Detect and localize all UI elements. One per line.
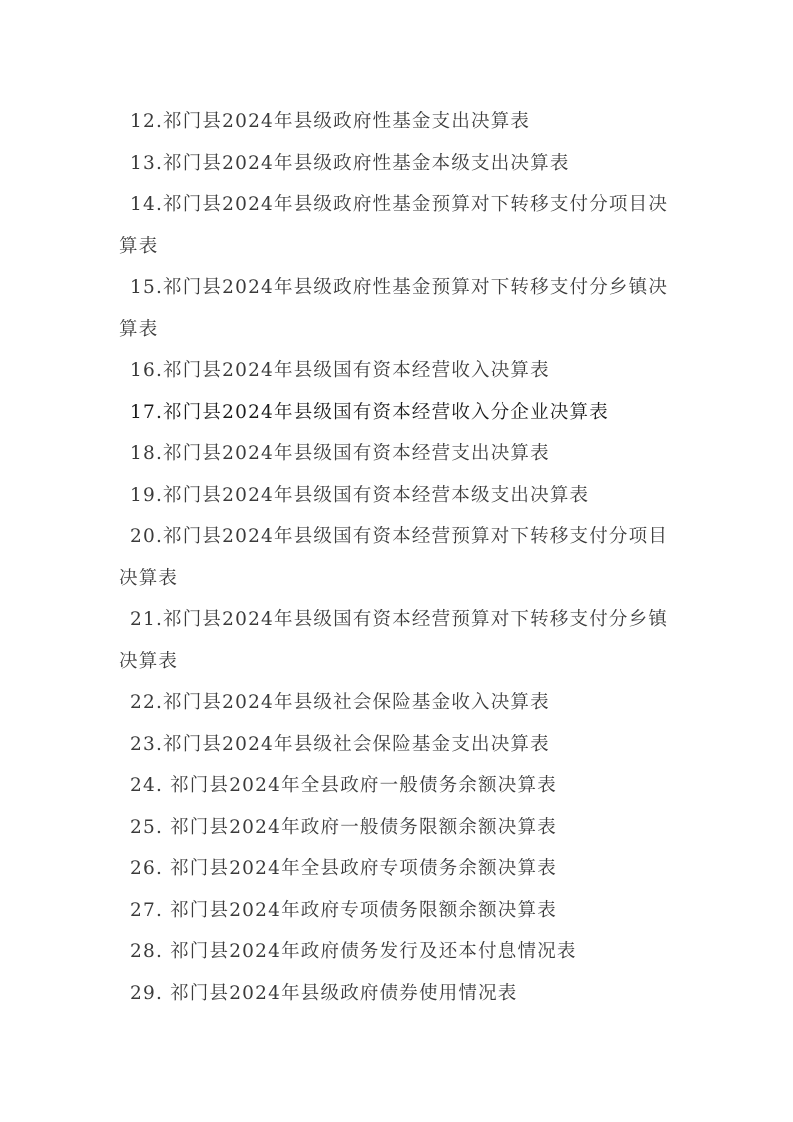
document-page: 12.祁门县2024年县级政府性基金支出决算表 13.祁门县2024年县级政府性… <box>0 0 793 1122</box>
item-number: 18. <box>130 443 163 464</box>
item-text: 祁门县2024年县级政府债券使用情况表 <box>170 983 517 1004</box>
item-text: 祁门县2024年全县政府专项债务余额决算表 <box>170 858 557 879</box>
item-number: 22. <box>130 692 163 713</box>
list-item: 21.祁门县2024年县级国有资本经营预算对下转移支付分乡镇决算表 <box>119 599 681 682</box>
item-number: 21. <box>130 609 163 630</box>
item-number: 13. <box>130 153 163 174</box>
item-text: 祁门县2024年县级政府性基金本级支出决算表 <box>163 153 569 174</box>
item-text: 祁门县2024年县级国有资本经营支出决算表 <box>163 443 550 464</box>
list-item: 17.祁门县2024年县级国有资本经营收入分企业决算表 <box>119 392 681 434</box>
item-number: 27. <box>130 900 170 921</box>
list-item: 24. 祁门县2024年全县政府一般债务余额决算表 <box>119 765 681 807</box>
item-number: 29. <box>130 983 170 1004</box>
list-item: 13.祁门县2024年县级政府性基金本级支出决算表 <box>119 143 681 185</box>
item-text: 祁门县2024年全县政府一般债务余额决算表 <box>170 775 557 796</box>
item-number: 14. <box>130 194 163 215</box>
item-text: 祁门县2024年县级政府性基金预算对下转移支付分项目决算表 <box>119 194 668 257</box>
list-item: 25. 祁门县2024年政府一般债务限额余额决算表 <box>119 807 681 849</box>
list-item: 26. 祁门县2024年全县政府专项债务余额决算表 <box>119 848 681 890</box>
item-number: 12. <box>130 111 163 132</box>
list-item: 23.祁门县2024年县级社会保险基金支出决算表 <box>119 724 681 766</box>
list-item: 27. 祁门县2024年政府专项债务限额余额决算表 <box>119 890 681 932</box>
item-text: 祁门县2024年县级社会保险基金支出决算表 <box>163 734 550 755</box>
item-number: 26. <box>130 858 170 879</box>
list-item: 12.祁门县2024年县级政府性基金支出决算表 <box>119 101 681 143</box>
list-item: 14.祁门县2024年县级政府性基金预算对下转移支付分项目决算表 <box>119 184 681 267</box>
item-number: 17. <box>130 402 163 423</box>
item-text: 祁门县2024年政府一般债务限额余额决算表 <box>170 817 557 838</box>
item-text: 祁门县2024年县级政府性基金预算对下转移支付分乡镇决算表 <box>119 277 668 340</box>
list-item: 29. 祁门县2024年县级政府债券使用情况表 <box>119 973 681 1015</box>
list-item: 19.祁门县2024年县级国有资本经营本级支出决算表 <box>119 475 681 517</box>
item-text: 祁门县2024年县级国有资本经营收入分企业决算表 <box>163 402 609 423</box>
item-number: 24. <box>130 775 170 796</box>
item-number: 28. <box>130 941 170 962</box>
list-item: 22.祁门县2024年县级社会保险基金收入决算表 <box>119 682 681 724</box>
item-number: 20. <box>130 526 163 547</box>
item-text: 祁门县2024年县级国有资本经营预算对下转移支付分乡镇决算表 <box>119 609 668 672</box>
list-item: 18.祁门县2024年县级国有资本经营支出决算表 <box>119 433 681 475</box>
item-text: 祁门县2024年县级国有资本经营收入决算表 <box>163 360 550 381</box>
item-number: 16. <box>130 360 163 381</box>
item-text: 祁门县2024年县级国有资本经营预算对下转移支付分项目决算表 <box>119 526 668 589</box>
item-text: 祁门县2024年县级社会保险基金收入决算表 <box>163 692 550 713</box>
item-number: 19. <box>130 485 163 506</box>
list-item: 16.祁门县2024年县级国有资本经营收入决算表 <box>119 350 681 392</box>
item-text: 祁门县2024年政府债务发行及还本付息情况表 <box>170 941 576 962</box>
list-item: 28. 祁门县2024年政府债务发行及还本付息情况表 <box>119 931 681 973</box>
item-text: 祁门县2024年县级政府性基金支出决算表 <box>163 111 530 132</box>
item-number: 25. <box>130 817 170 838</box>
item-number: 23. <box>130 734 163 755</box>
table-of-contents-list: 12.祁门县2024年县级政府性基金支出决算表 13.祁门县2024年县级政府性… <box>119 101 681 1014</box>
item-text: 祁门县2024年县级国有资本经营本级支出决算表 <box>163 485 589 506</box>
list-item: 20.祁门县2024年县级国有资本经营预算对下转移支付分项目决算表 <box>119 516 681 599</box>
item-number: 15. <box>130 277 163 298</box>
list-item: 15.祁门县2024年县级政府性基金预算对下转移支付分乡镇决算表 <box>119 267 681 350</box>
item-text: 祁门县2024年政府专项债务限额余额决算表 <box>170 900 557 921</box>
